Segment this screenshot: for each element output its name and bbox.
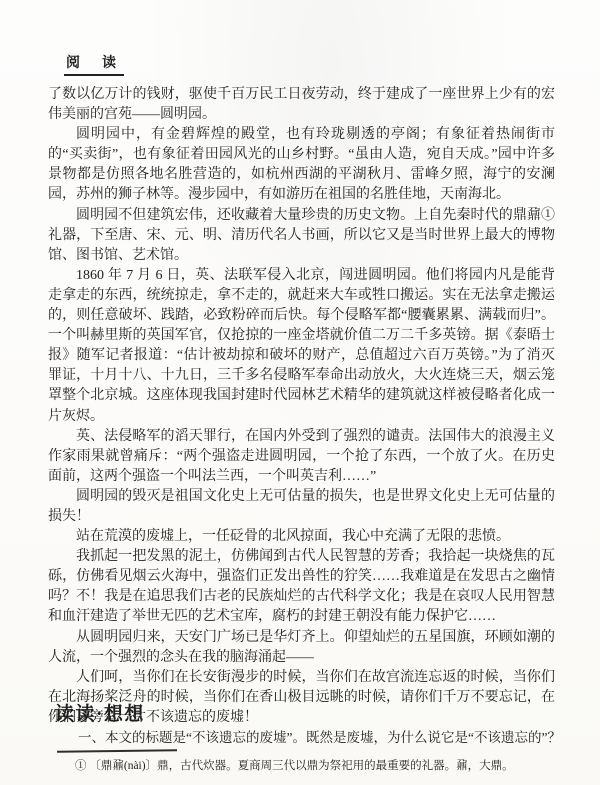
body-paragraph: 站在荒漠的废墟上，一任砭骨的北风掠面，我心中充满了无限的悲愤。	[48, 527, 555, 547]
exercise-question: 一、本文的标题是“不该遗忘的废墟”。既然是废墟，为什么说它是“不该遗忘的”？	[48, 728, 600, 748]
body-paragraph: 了数以亿万计的钱财，驱使千百万民工日夜劳动，终于建成了一座世界上少有的宏伟美丽的…	[48, 85, 555, 125]
body-paragraph: 1860 年 7 月 6 日，英、法联军侵入北京，闯进圆明园。他们将园内凡是能背…	[48, 266, 555, 427]
article-body: 了数以亿万计的钱财，驱使千百万民工日夜劳动，终于建成了一座世界上少有的宏伟美丽的…	[48, 85, 555, 728]
body-paragraph: 圆明园不但建筑宏伟，还收藏着大量珍贵的历史文物。上自先秦时代的鼎鼐① 礼器，下至…	[48, 206, 555, 266]
header-label: 阅 读	[64, 52, 124, 76]
footnote: ① 〔鼎鼐(nài)〕鼎，古代炊器。夏商周三代以鼎为祭祀用的最重要的礼器。鼐，大…	[48, 759, 580, 774]
body-paragraph: 圆明园的毁灭是祖国文化史上无可估量的损失，也是世界文化史上无可估量的损失！	[48, 487, 555, 527]
body-paragraph: 英、法侵略军的滔天罪行，在国内外受到了强烈的谴责。法国伟大的浪漫主义作家雨果就曾…	[48, 427, 555, 487]
body-paragraph: 从圆明园归来，天安门广场已是华灯齐上。仰望灿烂的五星国旗，环顾如潮的人流，一个强…	[48, 628, 555, 668]
body-paragraph: 我抓起一把发黑的泥土，仿佛闻到古代人民智慧的芳香；我拾起一块烧焦的瓦砾，仿佛看见…	[48, 547, 555, 627]
footnote-divider	[57, 749, 177, 752]
body-paragraph: 圆明园中，有金碧辉煌的殿堂，也有玲珑剔透的亭阁；有象征着热闹街市的“买卖街”，也…	[48, 125, 555, 205]
page-header: 阅 读	[64, 52, 124, 76]
scanned-textbook-page: 阅 读 了数以亿万计的钱财，驱使千百万民工日夜劳动，终于建成了一座世界上少有的宏…	[0, 0, 600, 785]
section-title: 读读·想想	[55, 699, 145, 726]
